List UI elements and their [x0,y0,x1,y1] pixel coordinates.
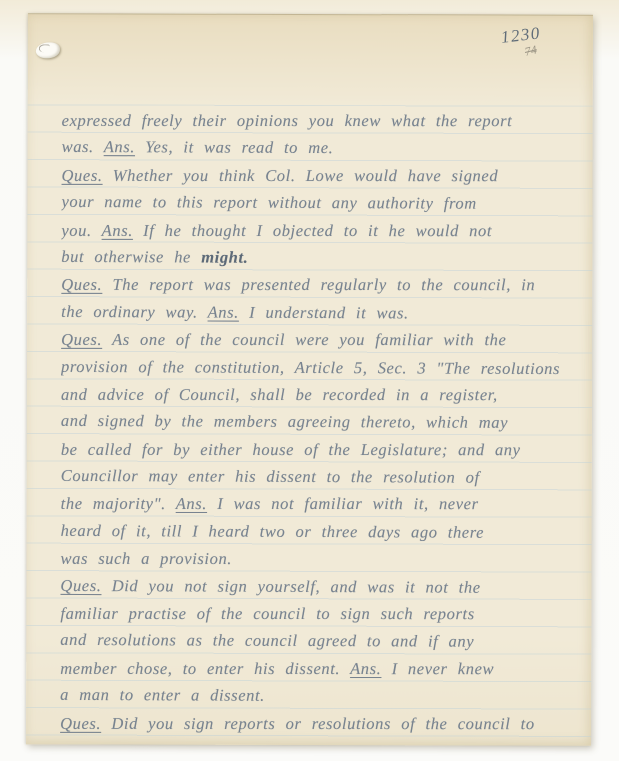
manuscript-line: Ques. Did you not sign yourself, and was… [60,572,577,602]
manuscript-line: familiar practise of the council to sign… [60,600,577,628]
manuscript-line: was. Ans. Yes, it was read to me. [62,133,579,163]
manuscript-page: 1230 74 expressed freely their opinions … [26,13,593,745]
manuscript-line: Ques. Whether you think Col. Lowe would … [62,162,579,190]
pencil-annotation: 74 [523,42,538,59]
manuscript-line: Ques. As one of the council were you fam… [61,326,578,354]
manuscript-line: heard of it, till I heard two or three d… [61,517,578,547]
manuscript-line: be called for by either house of the Leg… [61,436,578,464]
manuscript-line: the majority". Ans. I was not familiar w… [61,490,578,518]
page-number: 1230 [500,23,542,48]
manuscript-line: and advice of Council, shall be recorded… [61,381,578,409]
manuscript-line: your name to this report without any aut… [61,188,578,218]
manuscript-line: was such a provision. [61,545,578,573]
scan-background: 1230 74 expressed freely their opinions … [0,0,619,761]
manuscript-line: Ques. The report was presented regularly… [61,271,578,299]
manuscript-line: provision of the constitution, Article 5… [61,352,578,382]
manuscript-line: a man to enter a dissent. [60,681,577,711]
manuscript-line: Councillor may enter his dissent to the … [61,462,578,492]
manuscript-line: and signed by the members agreeing there… [61,407,578,437]
manuscript-line: expressed freely their opinions you knew… [62,107,579,135]
manuscript-line: the ordinary way. Ans. I understand it w… [61,298,578,328]
manuscript-line: and resolutions as the council agreed to… [60,626,577,656]
manuscript-line: member chose, to enter his dissent. Ans.… [60,655,577,683]
manuscript-line: you. Ans. If he thought I objected to it… [61,216,578,244]
paper-tear-hole [36,42,60,58]
manuscript-lines: expressed freely their opinions you knew… [60,106,579,737]
manuscript-line: but otherwise he might. [61,243,578,273]
manuscript-line: Ques. Did you sign reports or resolution… [60,709,577,737]
